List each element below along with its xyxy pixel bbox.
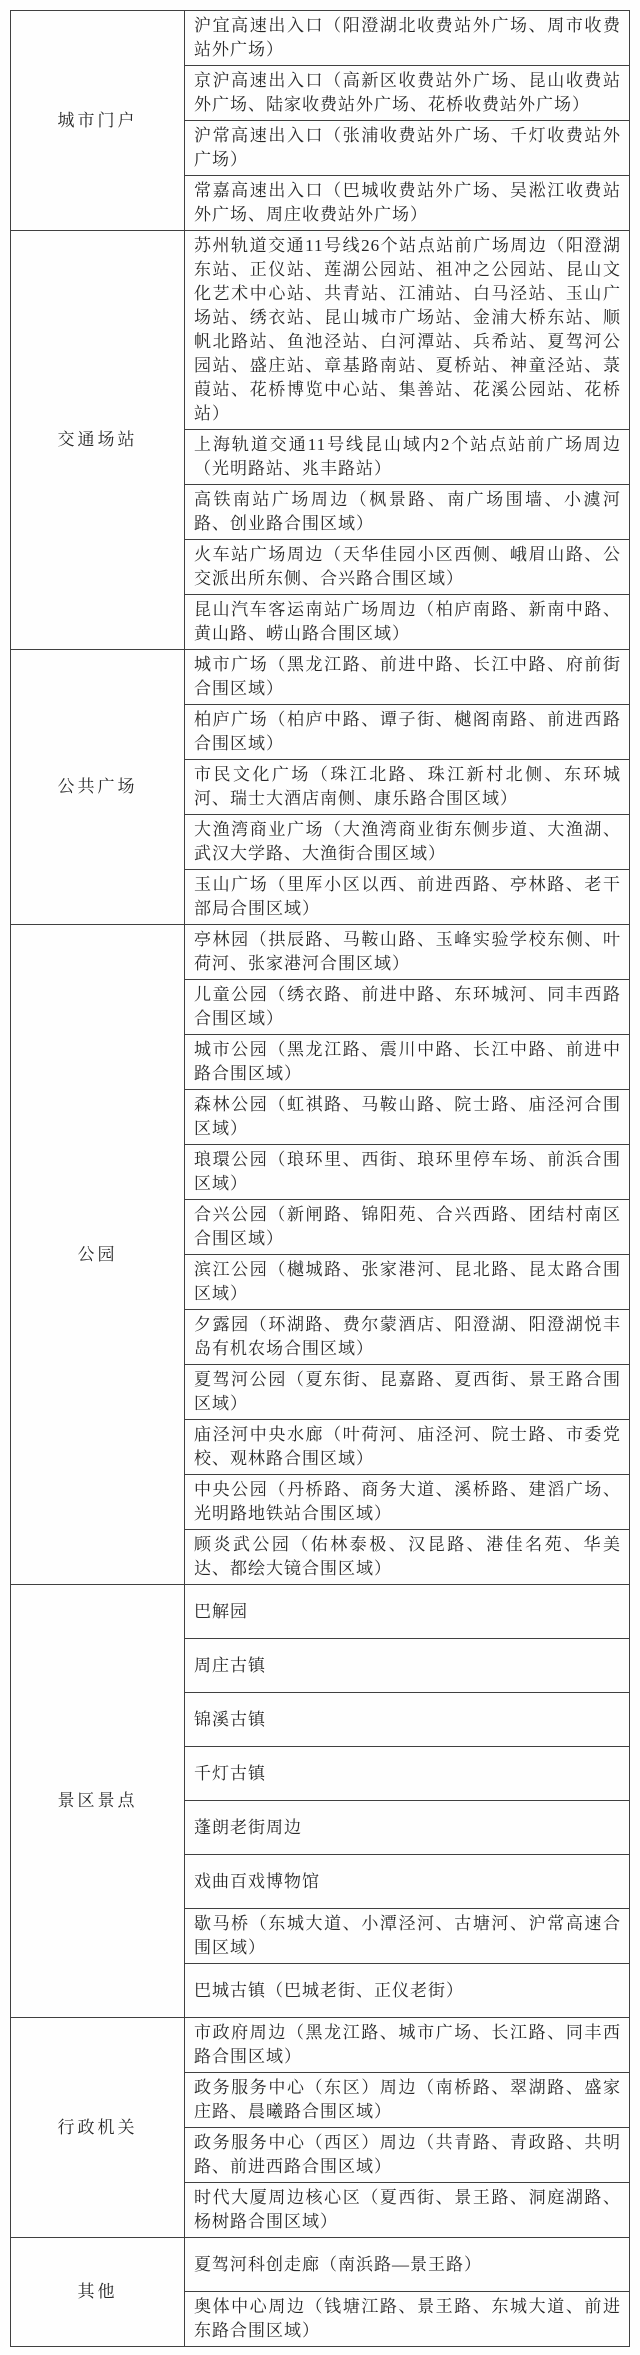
table-row: 公园亭林园（拱辰路、马鞍山路、玉峰实验学校东侧、叶荷河、张家港河合围区域） [11,925,630,980]
location-item-cell: 政务服务中心（西区）周边（共青路、青政路、共明路、前进西路合围区域） [185,2128,630,2183]
location-item-cell: 戏曲百戏博物馆 [185,1855,630,1909]
location-item-cell: 森林公园（虹祺路、马鞍山路、院士路、庙泾河合围区域） [185,1090,630,1145]
category-cell: 公园 [11,925,185,1585]
location-item-cell: 京沪高速出入口（高新区收费站外广场、昆山收费站外广场、陆家收费站外广场、花桥收费… [185,66,630,121]
location-item-cell: 亭林园（拱辰路、马鞍山路、玉峰实验学校东侧、叶荷河、张家港河合围区域） [185,925,630,980]
location-item-cell: 市民文化广场（珠江北路、珠江新村北侧、东环城河、瑞士大酒店南侧、康乐路合围区域） [185,760,630,815]
category-cell: 景区景点 [11,1585,185,2018]
location-item-cell: 锦溪古镇 [185,1693,630,1747]
location-item-cell: 歇马桥（东城大道、小潭泾河、古塘河、沪常高速合围区域） [185,1909,630,1964]
table-row: 公共广场城市广场（黑龙江路、前进中路、长江中路、府前街合围区域） [11,650,630,705]
location-item-cell: 沪常高速出入口（张浦收费站外广场、千灯收费站外广场） [185,121,630,176]
document-page: 城市门户沪宜高速出入口（阳澄湖北收费站外广场、周市收费站外广场）京沪高速出入口（… [0,0,640,2355]
location-item-cell: 市政府周边（黑龙江路、城市广场、长江路、同丰西路合围区域） [185,2018,630,2073]
location-item-cell: 奥体中心周边（钱塘江路、景王路、东城大道、前进东路合围区域） [185,2292,630,2347]
location-item-cell: 政务服务中心（东区）周边（南桥路、翠湖路、盛家庄路、晨曦路合围区域） [185,2073,630,2128]
location-item-cell: 合兴公园（新闸路、锦阳苑、合兴西路、团结村南区合围区域） [185,1200,630,1255]
location-item-cell: 时代大厦周边核心区（夏西街、景王路、洞庭湖路、杨树路合围区域） [185,2183,630,2238]
location-item-cell: 夏驾河科创走廊（南浜路—景王路） [185,2238,630,2292]
location-item-cell: 蓬朗老街周边 [185,1801,630,1855]
location-item-cell: 大渔湾商业广场（大渔湾商业街东侧步道、大渔湖、武汉大学路、大渔街合围区域） [185,815,630,870]
location-item-cell: 火车站广场周边（天华佳园小区西侧、峨眉山路、公交派出所东侧、合兴路合围区域） [185,540,630,595]
location-item-cell: 常嘉高速出入口（巴城收费站外广场、吴淞江收费站外广场、周庄收费站外广场） [185,176,630,231]
location-item-cell: 沪宜高速出入口（阳澄湖北收费站外广场、周市收费站外广场） [185,11,630,66]
location-item-cell: 千灯古镇 [185,1747,630,1801]
table-row: 交通场站苏州轨道交通11号线26个站点站前广场周边（阳澄湖东站、正仪站、莲湖公园… [11,231,630,430]
location-item-cell: 玉山广场（里厍小区以西、前进西路、亭林路、老干部局合围区域） [185,870,630,925]
category-cell: 行政机关 [11,2018,185,2238]
location-item-cell: 城市广场（黑龙江路、前进中路、长江中路、府前街合围区域） [185,650,630,705]
location-item-cell: 周庄古镇 [185,1639,630,1693]
table-row: 城市门户沪宜高速出入口（阳澄湖北收费站外广场、周市收费站外广场） [11,11,630,66]
location-item-cell: 中央公园（丹桥路、商务大道、溪桥路、建滔广场、光明路地铁站合围区域） [185,1475,630,1530]
category-cell: 其他 [11,2238,185,2347]
location-item-cell: 高铁南站广场周边（枫景路、南广场围墙、小澞河路、创业路合围区域） [185,485,630,540]
location-item-cell: 儿童公园（绣衣路、前进中路、东环城河、同丰西路合围区域） [185,980,630,1035]
locations-table-body: 城市门户沪宜高速出入口（阳澄湖北收费站外广场、周市收费站外广场）京沪高速出入口（… [11,11,630,2347]
location-item-cell: 巴解园 [185,1585,630,1639]
location-item-cell: 巴城古镇（巴城老街、正仪老街） [185,1964,630,2018]
category-cell: 城市门户 [11,11,185,231]
table-row: 行政机关市政府周边（黑龙江路、城市广场、长江路、同丰西路合围区域） [11,2018,630,2073]
location-item-cell: 滨江公园（樾城路、张家港河、昆北路、昆太路合围区域） [185,1255,630,1310]
location-item-cell: 夏驾河公园（夏东街、昆嘉路、夏西街、景王路合围区域） [185,1365,630,1420]
table-row: 景区景点巴解园 [11,1585,630,1639]
location-item-cell: 柏庐广场（柏庐中路、谭子街、樾阁南路、前进西路合围区域） [185,705,630,760]
location-item-cell: 琅環公园（琅环里、西街、琅环里停车场、前浜合围区域） [185,1145,630,1200]
location-item-cell: 夕露园（环湖路、费尔蒙酒店、阳澄湖、阳澄湖悦丰岛有机农场合围区域） [185,1310,630,1365]
location-item-cell: 昆山汽车客运南站广场周边（柏庐南路、新南中路、黄山路、崂山路合围区域） [185,595,630,650]
locations-table: 城市门户沪宜高速出入口（阳澄湖北收费站外广场、周市收费站外广场）京沪高速出入口（… [10,10,630,2347]
category-cell: 公共广场 [11,650,185,925]
location-item-cell: 庙泾河中央水廊（叶荷河、庙泾河、院士路、市委党校、观林路合围区域） [185,1420,630,1475]
table-row: 其他夏驾河科创走廊（南浜路—景王路） [11,2238,630,2292]
location-item-cell: 上海轨道交通11号线昆山域内2个站点站前广场周边（光明路站、兆丰路站） [185,430,630,485]
location-item-cell: 顾炎武公园（佑林泰极、汉昆路、港佳名苑、华美达、都绘大镜合围区域） [185,1530,630,1585]
category-cell: 交通场站 [11,231,185,650]
location-item-cell: 苏州轨道交通11号线26个站点站前广场周边（阳澄湖东站、正仪站、莲湖公园站、祖冲… [185,231,630,430]
location-item-cell: 城市公园（黑龙江路、震川中路、长江中路、前进中路合围区域） [185,1035,630,1090]
